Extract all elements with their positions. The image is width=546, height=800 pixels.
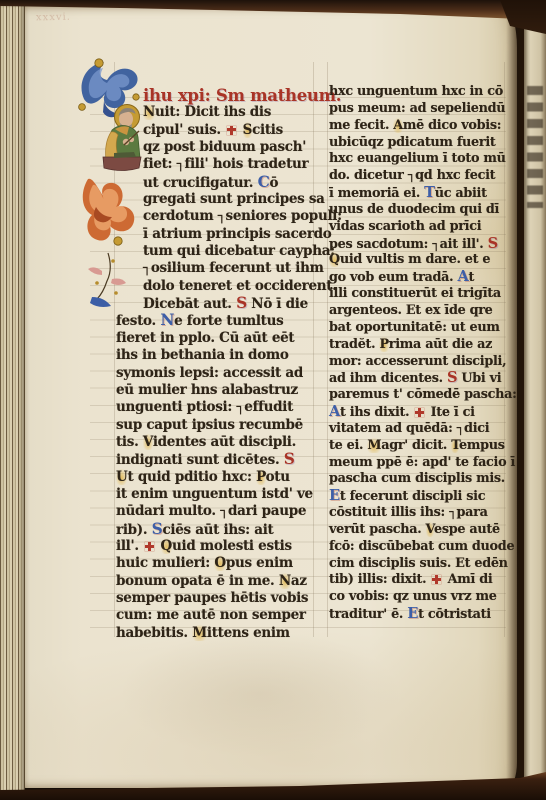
text-line: pes sacdotum: ┐ait ill'. S [329,236,509,253]
text-line: mor: accesserunt discipli, [329,354,509,371]
text-line: symonis lepsi: accessit ad [116,365,318,382]
text-line: paremus t' cōmedē pascha: [329,387,509,404]
manuscript-photo: xxxvi. [0,0,546,800]
text-line: ī atrium principis sacerdo [116,226,318,243]
text-line: cōstituit illis ihs: ┐para [329,505,509,522]
page-edges-left [0,4,25,796]
text-line: me fecit. Amē dico vobis: [329,118,509,135]
text-line: fieret in pplo. Cū aūt eēt [116,330,318,347]
text-line: vidas scarioth ad prīci [329,219,509,236]
facing-page-text-fragment [527,86,543,208]
text-line: qz post biduum pasch' [116,139,318,156]
text-line: co vobis: qz unus vrz me [329,589,509,606]
text-line: cum: me autē non semper [116,607,318,624]
text-line: ihs in bethania in domo [116,347,318,364]
red-cross-icon [227,126,236,135]
text-line: sup caput ipsius recumbē [116,417,318,434]
orange-acanthus-icon [83,179,135,245]
leaf-sprig-icon [88,253,126,307]
text-column-left: ihu xpi: Sm matheum.Nuit: Dicit ihs disc… [116,87,318,642]
text-line: festo. Ne forte tumltus [116,312,318,329]
text-line: traditur' ē. Et cōtristati [329,606,509,623]
text-line: Quid vultis m dare. et e [329,252,509,269]
text-line: fiet: ┐fili' hois tradetur [116,156,318,173]
text-line: hxc euangelium ī toto mū [329,151,509,168]
text-line: it enim unguentum istd' ve [116,486,318,503]
text-line: meum ppē ē: apd' te facio ī [329,455,509,472]
rubric-line: ihu xpi: Sm matheum. [116,87,318,104]
text-line: indignati sunt dicētes. S [116,451,318,468]
text-line: hxc unguentum hxc in cō [329,84,509,101]
red-cross-icon [145,542,154,551]
text-line: cerdotum ┐seniores populi: [116,208,318,225]
text-line: Ut quid pditio hxc: Potu [116,469,318,486]
text-line: tradĕt. Prima aūt die az [329,337,509,354]
historiated-initial-matthew [76,56,146,328]
text-line: tum qui dicebatur caypha: [116,243,318,260]
text-line: ill'. Quid molesti estis [116,538,318,555]
text-line: bat oportunitatē: ut eum [329,320,509,337]
text-line: eū mulier hns alabastruz [116,382,318,399]
text-line: nūdari multo. ┐dari paupe [116,503,318,520]
text-line: argenteos. Et ex īde qre [329,303,509,320]
text-line: unus de duodecim qui dī [329,202,509,219]
margin-rule-center-2 [327,62,328,637]
text-line: go vob eum tradā. At [329,269,509,286]
text-line: tib) illis: dixit. Amī di [329,572,509,589]
text-line: tis. Videntes aūt discipli. [116,434,318,451]
text-line: ad ihm dicentes. S Ubi vi [329,370,509,387]
text-line: verūt pascha. Vespe autē [329,522,509,539]
text-line: Dicebāt aut. S Nō ī die [116,295,318,312]
text-line: habebitis. Mittens enim [116,625,318,642]
text-line: At ihs dixit. Ite ī ci [329,404,509,421]
text-line: pascha cum disciplis mis. [329,471,509,488]
folio-number-ghost: xxxvi. [36,12,71,24]
text-line: bonum opata ē in me. Naz [116,573,318,590]
text-line: pus meum: ad sepeliendū [329,101,509,118]
text-line: ī memoriā ei. Tūc abiit [329,185,509,202]
text-line: cipul' suis. Scitis [116,122,318,139]
red-cross-icon [415,408,424,417]
text-line: cim disciplis suis. Et edēn [329,556,509,573]
text-column-right: hxc unguentum hxc in cōpus meum: ad sepe… [329,84,509,623]
red-cross-icon [432,575,441,584]
text-line: Nuit: Dicit ihs dis [116,104,318,121]
text-line: ut crucifigatur. Cō [116,174,318,191]
text-line: Et fecerunt discipli sic [329,488,509,505]
text-line: unguenti ptiosi: ┐effudit [116,399,318,416]
text-line: rib). Sciēs aūt ihs: ait [116,521,318,538]
text-line: ubicūqz pdicatum fuerit [329,135,509,152]
text-line: dolo teneret et occiderent. [116,278,318,295]
text-line: fcō: discūbebat cum duode [329,539,509,556]
text-line: semper paupes hētis vobis [116,590,318,607]
text-line: te ei. Magr' dicit. Tempus [329,438,509,455]
text-line: gregati sunt principes sa [116,191,318,208]
text-line: huic mulieri: Opus enim [116,555,318,572]
text-line: ┐osilium fecerunt ut ihm [116,260,318,277]
text-line: do. dicetur ┐qd hxc fecit [329,168,509,185]
text-line: vitatem ad quēdā: ┐dici [329,421,509,438]
text-line: illi constituerūt ei trigīta [329,286,509,303]
